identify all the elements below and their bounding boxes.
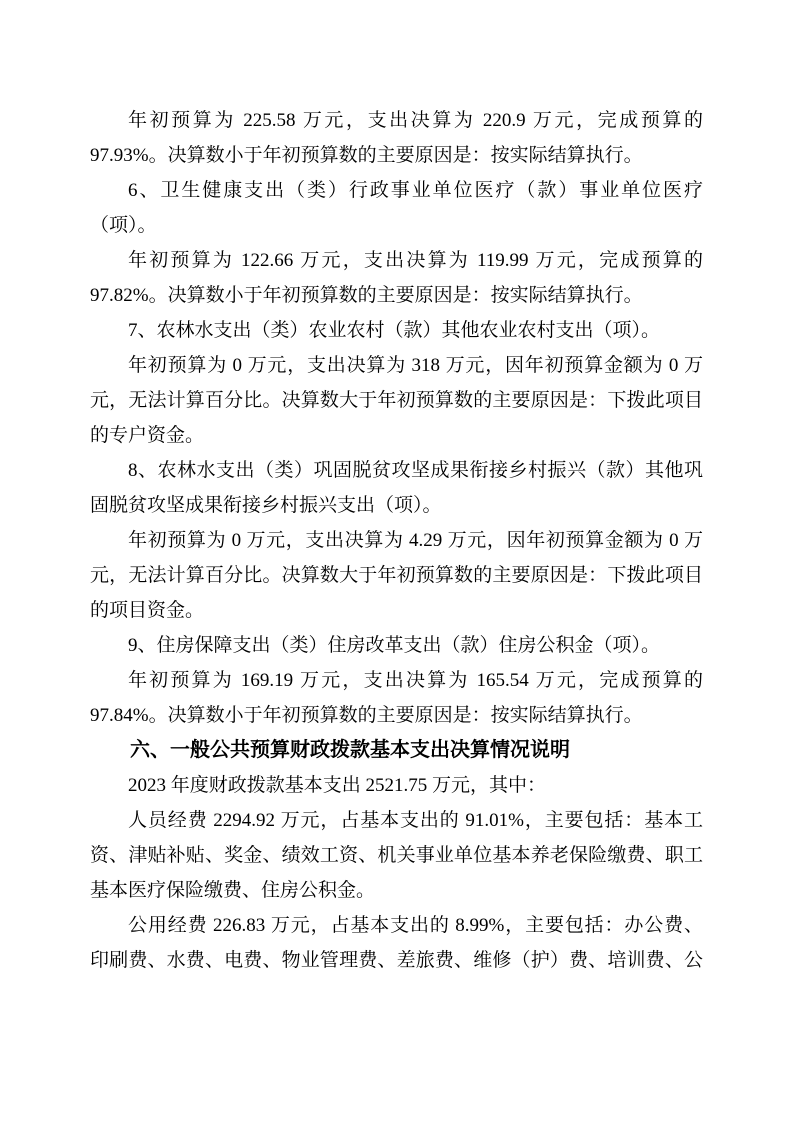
text-line: 年初预算为 225.58 万元，支出决算为 220.9 万元，完成预算的 — [90, 103, 703, 138]
text-line: 2023 年度财政拨款基本支出 2521.75 万元，其中： — [90, 768, 703, 803]
item-8-figures: 年初预算为 0 万元，支出决算为 4.29 万元，因年初预算金额为 0 万元，无… — [90, 523, 703, 628]
text-line: 97.84%。决算数小于年初预算数的主要原因是：按实际结算执行。 — [90, 698, 703, 733]
text-line: 元，无法计算百分比。决算数大于年初预算数的主要原因是：下拨此项目 — [90, 383, 703, 418]
public-expenses: 公用经费 226.83 万元，占基本支出的 8.99%，主要包括：办公费、印刷费… — [90, 908, 703, 978]
item-9-title: 9、住房保障支出（类）住房改革支出（款）住房公积金（项）。 — [90, 628, 703, 663]
basic-expenditure-total: 2023 年度财政拨款基本支出 2521.75 万元，其中： — [90, 768, 703, 803]
text-line: 印刷费、水费、电费、物业管理费、差旅费、维修（护）费、培训费、公 — [90, 943, 703, 978]
item-8-title: 8、农林水支出（类）巩固脱贫攻坚成果衔接乡村振兴（款）其他巩固脱贫攻坚成果衔接乡… — [90, 453, 703, 523]
item-6-title: 6、卫生健康支出（类）行政事业单位医疗（款）事业单位医疗（项）。 — [90, 173, 703, 243]
text-line: 年初预算为 0 万元，支出决算为 4.29 万元，因年初预算金额为 0 万 — [90, 523, 703, 558]
text-line: 元，无法计算百分比。决算数大于年初预算数的主要原因是：下拨此项目 — [90, 558, 703, 593]
section-6-heading: 六、一般公共预算财政拨款基本支出决算情况说明 — [90, 733, 703, 768]
item-6-figures: 年初预算为 122.66 万元，支出决算为 119.99 万元，完成预算的97.… — [90, 243, 703, 313]
item-9-figures: 年初预算为 169.19 万元，支出决算为 165.54 万元，完成预算的97.… — [90, 663, 703, 733]
text-line: 97.82%。决算数小于年初预算数的主要原因是：按实际结算执行。 — [90, 278, 703, 313]
text-line: 6、卫生健康支出（类）行政事业单位医疗（款）事业单位医疗 — [90, 173, 703, 208]
text-line: 资、津贴补贴、奖金、绩效工资、机关事业单位基本养老保险缴费、职工 — [90, 838, 703, 873]
text-line: 的专户资金。 — [90, 418, 703, 453]
text-line: 7、农林水支出（类）农业农村（款）其他农业农村支出（项）。 — [90, 313, 703, 348]
text-line: 9、住房保障支出（类）住房改革支出（款）住房公积金（项）。 — [90, 628, 703, 663]
document-page: 年初预算为 225.58 万元，支出决算为 220.9 万元，完成预算的97.9… — [0, 0, 793, 1122]
text-line: 公用经费 226.83 万元，占基本支出的 8.99%，主要包括：办公费、 — [90, 908, 703, 943]
text-line: 年初预算为 169.19 万元，支出决算为 165.54 万元，完成预算的 — [90, 663, 703, 698]
item-7-figures: 年初预算为 0 万元，支出决算为 318 万元，因年初预算金额为 0 万元，无法… — [90, 348, 703, 453]
text-line: （项）。 — [90, 208, 703, 243]
text-line: 人员经费 2294.92 万元，占基本支出的 91.01%，主要包括：基本工 — [90, 803, 703, 838]
personnel-expenses: 人员经费 2294.92 万元，占基本支出的 91.01%，主要包括：基本工资、… — [90, 803, 703, 908]
text-line: 8、农林水支出（类）巩固脱贫攻坚成果衔接乡村振兴（款）其他巩 — [90, 453, 703, 488]
text-line: 97.93%。决算数小于年初预算数的主要原因是：按实际结算执行。 — [90, 138, 703, 173]
text-line: 年初预算为 0 万元，支出决算为 318 万元，因年初预算金额为 0 万 — [90, 348, 703, 383]
text-line: 年初预算为 122.66 万元，支出决算为 119.99 万元，完成预算的 — [90, 243, 703, 278]
text-line: 固脱贫攻坚成果衔接乡村振兴支出（项）。 — [90, 488, 703, 523]
item-5-figures: 年初预算为 225.58 万元，支出决算为 220.9 万元，完成预算的97.9… — [90, 103, 703, 173]
text-line: 的项目资金。 — [90, 593, 703, 628]
text-line: 基本医疗保险缴费、住房公积金。 — [90, 873, 703, 908]
document-content: 年初预算为 225.58 万元，支出决算为 220.9 万元，完成预算的97.9… — [90, 103, 703, 978]
heading-line: 六、一般公共预算财政拨款基本支出决算情况说明 — [90, 733, 703, 768]
item-7-title: 7、农林水支出（类）农业农村（款）其他农业农村支出（项）。 — [90, 313, 703, 348]
